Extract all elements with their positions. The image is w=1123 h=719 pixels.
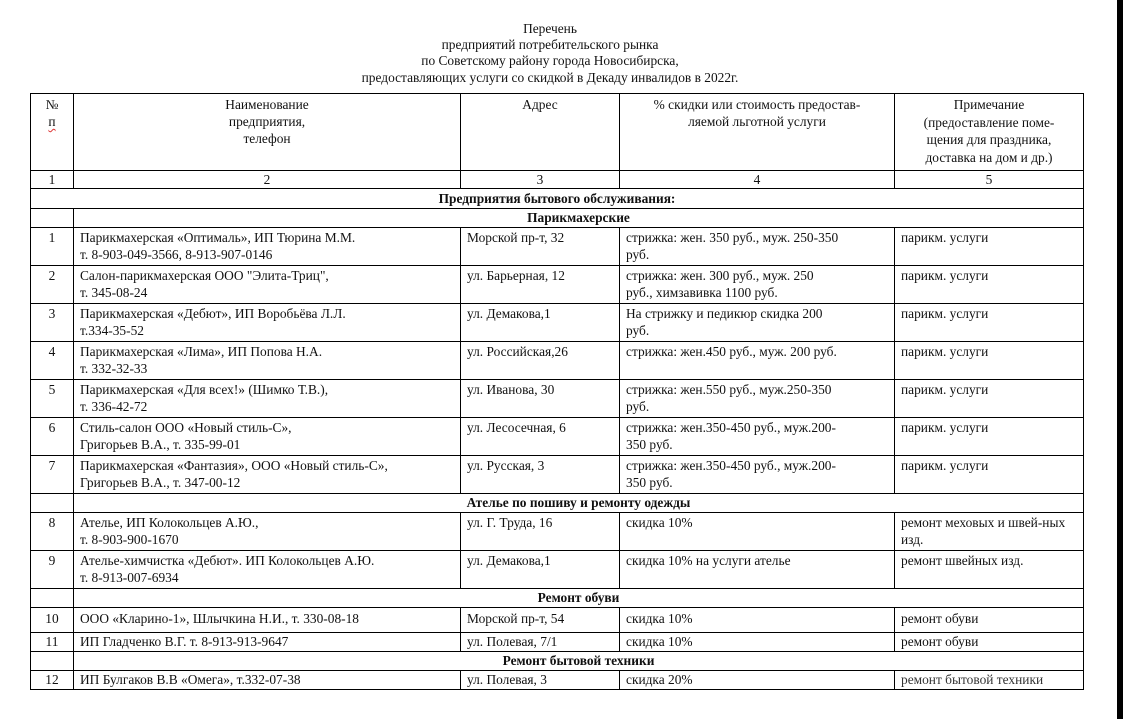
table-row: 10ООО «Кларино-1», Шлычкина Н.И., т. 330… (31, 608, 1084, 633)
group-header-row: Ремонт бытовой техники (31, 652, 1084, 671)
enterprise-address: ул. Лесосечная, 6 (461, 418, 620, 456)
row-number: 2 (31, 266, 74, 304)
discount-line: стрижка: жен.550 руб., муж.250-350 (626, 381, 888, 398)
table-header-row: №п Наименованиепредприятия,телефон Адрес… (31, 94, 1084, 171)
table-row: 9Ателье-химчистка «Дебют». ИП Колокольце… (31, 551, 1084, 589)
enterprise-name: ИП Булгаков В.В «Омега», т.332-07-38 (74, 671, 461, 690)
name-line: Парикмахерская «Дебют», ИП Воробьёва Л.Л… (80, 305, 454, 322)
name-line: Салон-парикмахерская ООО "Элита-Триц", (80, 267, 454, 284)
row-number: 10 (31, 608, 74, 633)
column-number: 1 (31, 171, 74, 189)
note: парикм. услуги (895, 380, 1084, 418)
enterprise-address: ул. Полевая, 3 (461, 671, 620, 690)
discount-line: стрижка: жен. 300 руб., муж. 250 (626, 267, 888, 284)
name-line: т. 332-32-33 (80, 360, 454, 377)
enterprise-name: Салон-парикмахерская ООО "Элита-Триц",т.… (74, 266, 461, 304)
discount-line: стрижка: жен. 350 руб., муж. 250-350 (626, 229, 888, 246)
enterprise-name: Ателье, ИП Колокольцев А.Ю.,т. 8-903-900… (74, 513, 461, 551)
enterprise-name: Парикмахерская «Оптималь», ИП Тюрина М.М… (74, 228, 461, 266)
discount-line: скидка 10% на услуги ателье (626, 552, 888, 569)
enterprise-name: Парикмахерская «Фантазия», ООО «Новый ст… (74, 456, 461, 494)
column-number: 3 (461, 171, 620, 189)
group-title: Ателье по пошиву и ремонту одежды (74, 494, 1084, 513)
table-row: 1Парикмахерская «Оптималь», ИП Тюрина М.… (31, 228, 1084, 266)
enterprise-address: ул. Г. Труда, 16 (461, 513, 620, 551)
table-row: 2Салон-парикмахерская ООО "Элита-Триц",т… (31, 266, 1084, 304)
group-title: Ремонт обуви (74, 589, 1084, 608)
table-row: 8Ателье, ИП Колокольцев А.Ю.,т. 8-903-90… (31, 513, 1084, 551)
discount-line: стрижка: жен.350-450 руб., муж.200- (626, 457, 888, 474)
group-title: Парикмахерские (74, 209, 1084, 228)
table-row: 3Парикмахерская «Дебют», ИП Воробьёва Л.… (31, 304, 1084, 342)
name-line: Парикмахерская «Лима», ИП Попова Н.А. (80, 343, 454, 360)
row-number: 6 (31, 418, 74, 456)
discount: стрижка: жен.550 руб., муж.250-350руб. (620, 380, 895, 418)
enterprise-address: Морской пр-т, 32 (461, 228, 620, 266)
group-number-cell (31, 589, 74, 608)
name-line: Парикмахерская «Для всех!» (Шимко Т.В.), (80, 381, 454, 398)
name-line: Григорьев В.А., т. 347-00-12 (80, 474, 454, 491)
group-number-cell (31, 209, 74, 228)
enterprise-address: ул. Демакова,1 (461, 551, 620, 589)
name-line: т. 336-42-72 (80, 398, 454, 415)
note: парикм. услуги (895, 342, 1084, 380)
enterprise-name: Стиль-салон ООО «Новый стиль-С»,Григорье… (74, 418, 461, 456)
row-number: 12 (31, 671, 74, 690)
document-title: Перечень предприятий потребительского ры… (0, 21, 1100, 86)
name-line: Григорьев В.А., т. 335-99-01 (80, 436, 454, 453)
group-number-cell (31, 652, 74, 671)
group-header-row: Парикмахерские (31, 209, 1084, 228)
enterprise-address: Морской пр-т, 54 (461, 608, 620, 633)
name-line: Стиль-салон ООО «Новый стиль-С», (80, 419, 454, 436)
name-line: Парикмахерская «Оптималь», ИП Тюрина М.М… (80, 229, 454, 246)
discount-line: руб. (626, 246, 888, 263)
group-header-row: Ремонт обуви (31, 589, 1084, 608)
discount-line: 350 руб. (626, 436, 888, 453)
discount-line: руб., химзавивка 1100 руб. (626, 284, 888, 301)
header-number: №п (31, 94, 74, 171)
note: ремонт обуви (895, 633, 1084, 652)
discount: стрижка: жен. 350 руб., муж. 250-350руб. (620, 228, 895, 266)
title-line-4: предоставляющих услуги со скидкой в Дека… (0, 70, 1100, 86)
title-line-1: Перечень (0, 21, 1100, 37)
note: парикм. услуги (895, 456, 1084, 494)
group-header-row: Ателье по пошиву и ремонту одежды (31, 494, 1084, 513)
enterprise-name: Ателье-химчистка «Дебют». ИП Колокольцев… (74, 551, 461, 589)
name-line: Ателье-химчистка «Дебют». ИП Колокольцев… (80, 552, 454, 569)
name-line: т. 8-903-900-1670 (80, 531, 454, 548)
note: ремонт бытовой техники (895, 671, 1084, 690)
table-row: 12ИП Булгаков В.В «Омега», т.332-07-38ул… (31, 671, 1084, 690)
discount-line: руб. (626, 322, 888, 339)
enterprise-name: Парикмахерская «Для всех!» (Шимко Т.В.),… (74, 380, 461, 418)
table-row: 11ИП Гладченко В.Г. т. 8-913-913-9647ул.… (31, 633, 1084, 652)
note: ремонт швейных изд. (895, 551, 1084, 589)
header-name: Наименованиепредприятия,телефон (74, 94, 461, 171)
discount-line: На стрижку и педикюр скидка 200 (626, 305, 888, 322)
note: парикм. услуги (895, 228, 1084, 266)
discount: стрижка: жен.450 руб., муж. 200 руб. (620, 342, 895, 380)
discount: стрижка: жен.350-450 руб., муж.200-350 р… (620, 456, 895, 494)
name-line: т. 8-913-007-6934 (80, 569, 454, 586)
enterprise-name: ООО «Кларино-1», Шлычкина Н.И., т. 330-0… (74, 608, 461, 633)
note: парикм. услуги (895, 304, 1084, 342)
row-number: 11 (31, 633, 74, 652)
group-number-cell (31, 494, 74, 513)
discount: На стрижку и педикюр скидка 200руб. (620, 304, 895, 342)
name-line: т. 345-08-24 (80, 284, 454, 301)
discount-line: скидка 10% (626, 633, 888, 651)
enterprises-table: №п Наименованиепредприятия,телефон Адрес… (30, 93, 1084, 690)
header-discount: % скидки или стоимость предостав-ляемой … (620, 94, 895, 171)
discount-line: 350 руб. (626, 474, 888, 491)
name-line: т. 8-903-049-3566, 8-913-907-0146 (80, 246, 454, 263)
enterprise-address: ул. Иванова, 30 (461, 380, 620, 418)
row-number: 7 (31, 456, 74, 494)
row-number: 9 (31, 551, 74, 589)
window-edge-bar (1117, 0, 1123, 719)
section-title: Предприятия бытового обслуживания: (31, 189, 1084, 209)
discount: скидка 10% (620, 513, 895, 551)
discount: стрижка: жен.350-450 руб., муж.200-350 р… (620, 418, 895, 456)
name-line: ИП Гладченко В.Г. т. 8-913-913-9647 (80, 633, 454, 651)
column-number: 5 (895, 171, 1084, 189)
discount: скидка 10% (620, 608, 895, 633)
enterprise-address: ул. Полевая, 7/1 (461, 633, 620, 652)
header-note: Примечание(предоставление поме-щения для… (895, 94, 1084, 171)
title-line-3: по Советскому району города Новосибирска… (0, 53, 1100, 69)
discount-line: стрижка: жен.350-450 руб., муж.200- (626, 419, 888, 436)
table-row: 5Парикмахерская «Для всех!» (Шимко Т.В.)… (31, 380, 1084, 418)
table-row: 7Парикмахерская «Фантазия», ООО «Новый с… (31, 456, 1084, 494)
row-number: 4 (31, 342, 74, 380)
header-address: Адрес (461, 94, 620, 171)
enterprise-name: Парикмахерская «Лима», ИП Попова Н.А. т.… (74, 342, 461, 380)
row-number: 3 (31, 304, 74, 342)
enterprise-name: Парикмахерская «Дебют», ИП Воробьёва Л.Л… (74, 304, 461, 342)
column-number: 4 (620, 171, 895, 189)
name-line: ООО «Кларино-1», Шлычкина Н.И., т. 330-0… (80, 608, 454, 630)
enterprise-address: ул. Демакова,1 (461, 304, 620, 342)
table-row: 6Стиль-салон ООО «Новый стиль-С»,Григорь… (31, 418, 1084, 456)
column-number: 2 (74, 171, 461, 189)
discount-line: стрижка: жен.450 руб., муж. 200 руб. (626, 343, 888, 360)
name-line: Парикмахерская «Фантазия», ООО «Новый ст… (80, 457, 454, 474)
column-number-row: 1 2 3 4 5 (31, 171, 1084, 189)
row-number: 8 (31, 513, 74, 551)
discount-line: скидка 20% (626, 671, 888, 689)
name-line: ИП Булгаков В.В «Омега», т.332-07-38 (80, 671, 454, 689)
note: ремонт меховых и швей-ных изд. (895, 513, 1084, 551)
table-row: 4Парикмахерская «Лима», ИП Попова Н.А. т… (31, 342, 1084, 380)
note: парикм. услуги (895, 266, 1084, 304)
discount-line: руб. (626, 398, 888, 415)
discount: скидка 10% на услуги ателье (620, 551, 895, 589)
enterprise-address: ул. Российская,26 (461, 342, 620, 380)
name-line: т.334-35-52 (80, 322, 454, 339)
note: парикм. услуги (895, 418, 1084, 456)
name-line: Ателье, ИП Колокольцев А.Ю., (80, 514, 454, 531)
discount-line: скидка 10% (626, 514, 888, 531)
enterprise-address: ул. Русская, 3 (461, 456, 620, 494)
section-row: Предприятия бытового обслуживания: (31, 189, 1084, 209)
group-title: Ремонт бытовой техники (74, 652, 1084, 671)
discount: скидка 20% (620, 671, 895, 690)
row-number: 1 (31, 228, 74, 266)
enterprise-name: ИП Гладченко В.Г. т. 8-913-913-9647 (74, 633, 461, 652)
discount-line: скидка 10% (626, 608, 888, 630)
row-number: 5 (31, 380, 74, 418)
enterprise-address: ул. Барьерная, 12 (461, 266, 620, 304)
title-line-2: предприятий потребительского рынка (0, 37, 1100, 53)
note: ремонт обуви (895, 608, 1084, 633)
discount: стрижка: жен. 300 руб., муж. 250руб., хи… (620, 266, 895, 304)
discount: скидка 10% (620, 633, 895, 652)
